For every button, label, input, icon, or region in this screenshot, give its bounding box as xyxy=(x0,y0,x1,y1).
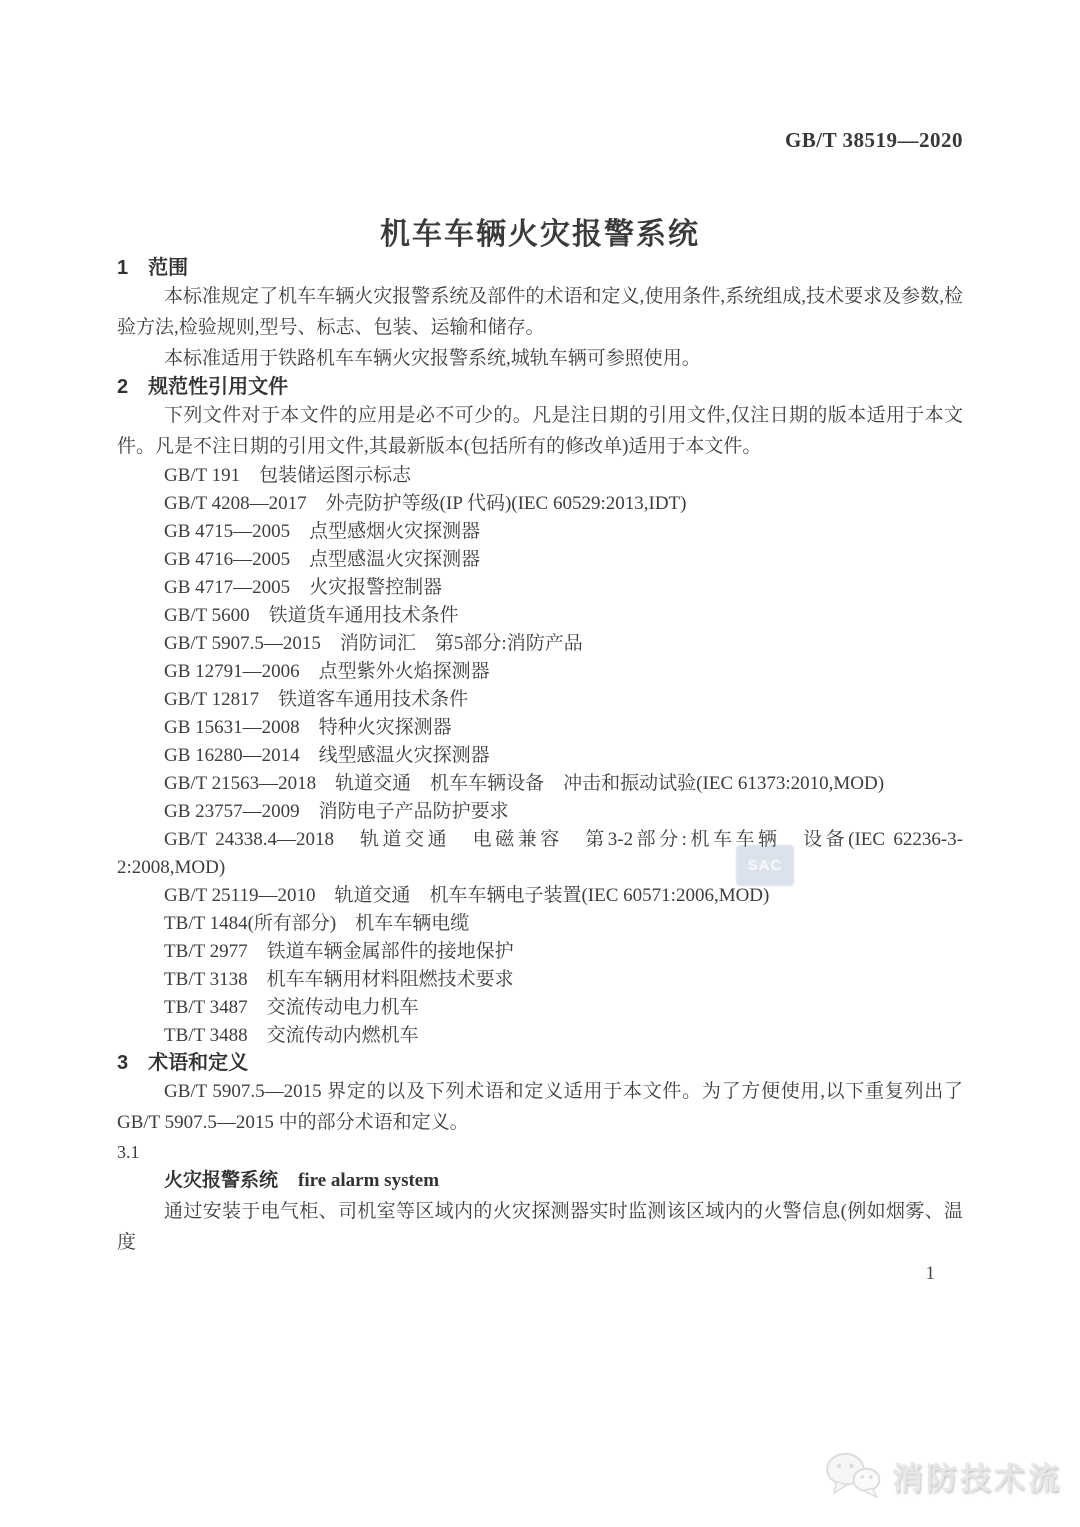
section-2-intro: 下列文件对于本文件的应用是必不可少的。凡是注日期的引用文件,仅注日期的版本适用于… xyxy=(117,400,963,462)
reference-item: TB/T 3488 交流传动内燃机车 xyxy=(117,1022,963,1050)
reference-item: TB/T 1484(所有部分) 机车车辆电缆 xyxy=(117,910,963,938)
section-1-paragraph-2: 本标准适用于铁路机车车辆火灾报警系统,城轨车辆可参照使用。 xyxy=(117,343,963,374)
reference-item: GB 16280—2014 线型感温火灾探测器 xyxy=(117,742,963,770)
term-definition: 通过安装于电气柜、司机室等区域内的火灾探测器实时监测该区域内的火警信息(例如烟雾… xyxy=(117,1196,963,1258)
reference-item: GB/T 12817 铁道客车通用技术条件 xyxy=(117,686,963,714)
reference-item: GB/T 25119—2010 轨道交通 机车车辆电子装置(IEC 60571:… xyxy=(117,882,963,910)
normative-references-list: GB/T 191 包装储运图示标志 GB/T 4208—2017 外壳防护等级(… xyxy=(117,462,963,1050)
term-heading: 火灾报警系统fire alarm system xyxy=(117,1166,963,1196)
section-1-heading: 1 范围 xyxy=(117,255,963,281)
reference-item: GB/T 5907.5—2015 消防词汇 第5部分:消防产品 xyxy=(117,630,963,658)
term-name-zh: 火灾报警系统 xyxy=(164,1170,278,1191)
reference-item: TB/T 2977 铁道车辆金属部件的接地保护 xyxy=(117,938,963,966)
reference-item: GB 4716—2005 点型感温火灾探测器 xyxy=(117,546,963,574)
sac-watermark-label: SAC xyxy=(748,857,783,874)
reference-item: GB/T 24338.4—2018 轨道交通 电磁兼容 第3-2部分:机车车辆 … xyxy=(117,826,963,882)
reference-item: GB 23757—2009 消防电子产品防护要求 xyxy=(117,798,963,826)
section-2-heading: 2 规范性引用文件 xyxy=(117,374,963,400)
reference-item: GB/T 4208—2017 外壳防护等级(IP 代码)(IEC 60529:2… xyxy=(117,490,963,518)
document-page: GB/T 38519—2020 机车车辆火灾报警系统 1 范围 本标准规定了机车… xyxy=(0,0,1080,1527)
reference-item: GB 4717—2005 火灾报警控制器 xyxy=(117,574,963,602)
reference-item: GB/T 21563—2018 轨道交通 机车车辆设备 冲击和振动试验(IEC … xyxy=(117,770,963,798)
standard-number: GB/T 38519—2020 xyxy=(117,0,963,153)
sac-watermark: SAC xyxy=(736,845,794,886)
reference-item: TB/T 3487 交流传动电力机车 xyxy=(117,994,963,1022)
page-number: 1 xyxy=(117,1262,963,1286)
brand-watermark: 消防技术流 xyxy=(824,1451,1062,1499)
section-1-paragraph-1: 本标准规定了机车车辆火灾报警系统及部件的术语和定义,使用条件,系统组成,技术要求… xyxy=(117,281,963,343)
wechat-icon xyxy=(824,1451,882,1499)
reference-item: TB/T 3138 机车车辆用材料阻燃技术要求 xyxy=(117,966,963,994)
term-name-en: fire alarm system xyxy=(298,1170,439,1191)
section-3-intro: GB/T 5907.5—2015 界定的以及下列术语和定义适用于本文件。为了方便… xyxy=(117,1076,963,1138)
reference-item: GB/T 5600 铁道货车通用技术条件 xyxy=(117,602,963,630)
reference-item: GB/T 191 包装储运图示标志 xyxy=(117,462,963,490)
section-3-heading: 3 术语和定义 xyxy=(117,1050,963,1076)
reference-item: GB 12791—2006 点型紫外火焰探测器 xyxy=(117,658,963,686)
brand-watermark-text: 消防技术流 xyxy=(892,1453,1062,1498)
reference-item: GB 15631—2008 特种火灾探测器 xyxy=(117,714,963,742)
term-number: 3.1 xyxy=(117,1138,963,1166)
reference-item: GB 4715—2005 点型感烟火灾探测器 xyxy=(117,518,963,546)
document-title: 机车车辆火灾报警系统 xyxy=(117,215,963,255)
